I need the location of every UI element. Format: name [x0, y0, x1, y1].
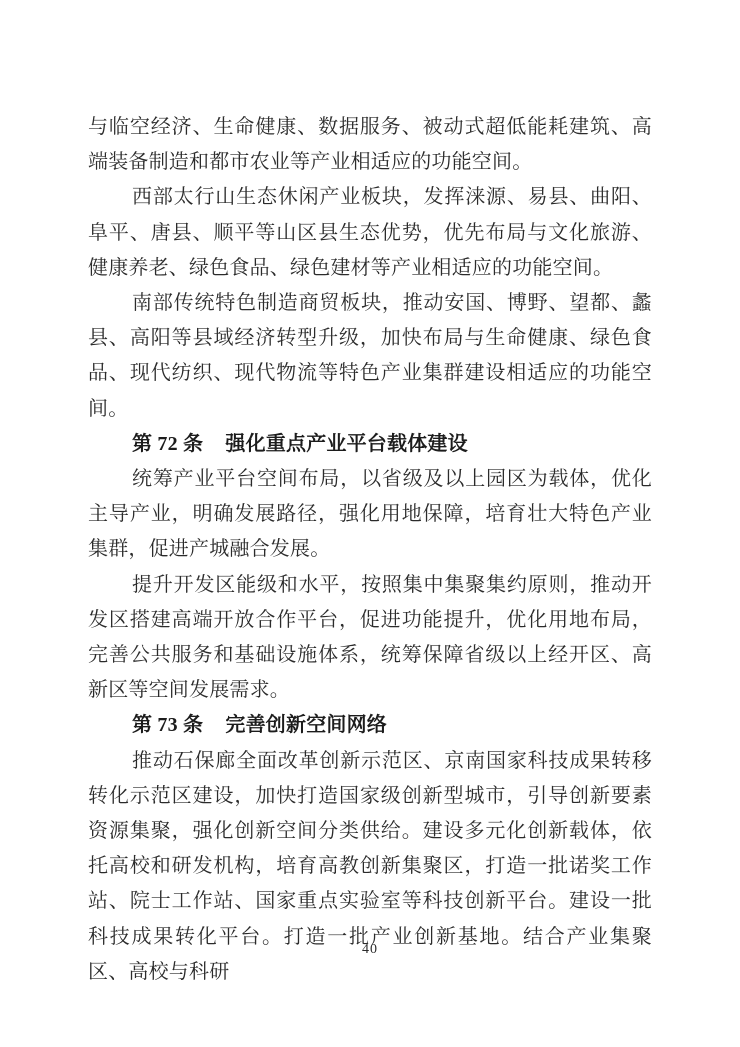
article-title: 强化重点产业平台载体建设	[225, 433, 467, 455]
text-column: 与临空经济、生命健康、数据服务、被动式超低能耗建筑、高端装备制造和都市农业等产业…	[88, 110, 652, 990]
article-number: 第 72 条	[132, 433, 203, 455]
paragraph-development-zone-upgrade: 提升开发区能级和水平，按照集中集聚集约原则，推动开发区搭建高端开放合作平台，促进…	[88, 568, 652, 709]
document-page: 与临空经济、生命健康、数据服务、被动式超低能耗建筑、高端装备制造和都市农业等产业…	[0, 0, 740, 1047]
page-number: 40	[0, 942, 740, 958]
paragraph-industry-platform-layout: 统筹产业平台空间布局，以省级及以上园区为载体，优化主导产业，明确发展路径，强化用…	[88, 462, 652, 568]
paragraph-west-taihang-block: 西部太行山生态休闲产业板块，发挥涞源、易县、曲阳、阜平、唐县、顺平等山区县生态优…	[88, 180, 652, 286]
article-number: 第 73 条	[132, 714, 203, 736]
article-heading-73: 第 73 条 完善创新空间网络	[88, 708, 652, 743]
article-heading-72: 第 72 条 强化重点产业平台载体建设	[88, 427, 652, 462]
article-title: 完善创新空间网络	[225, 714, 387, 736]
paragraph-continuation: 与临空经济、生命健康、数据服务、被动式超低能耗建筑、高端装备制造和都市农业等产业…	[88, 110, 652, 180]
paragraph-south-traditional-block: 南部传统特色制造商贸板块，推动安国、博野、望都、蠡县、高阳等县域经济转型升级，加…	[88, 286, 652, 427]
